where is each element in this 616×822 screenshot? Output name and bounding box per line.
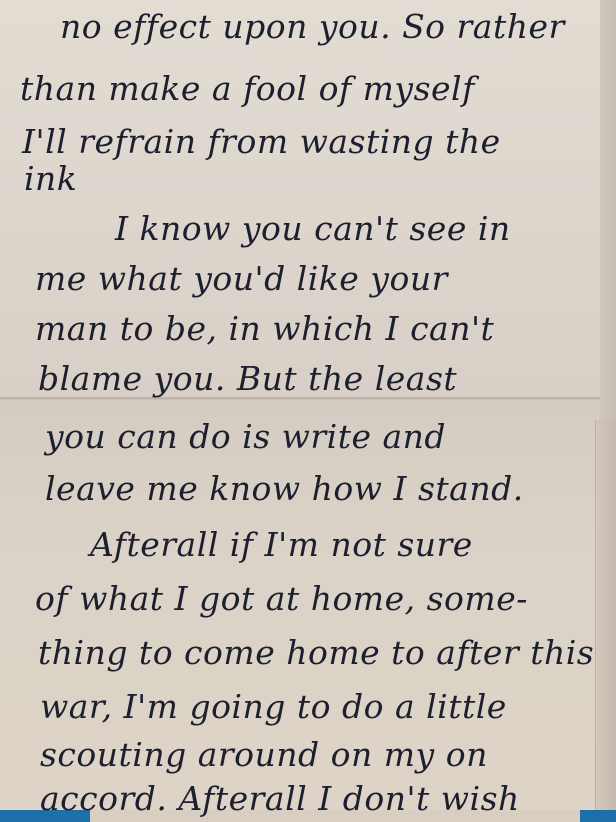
- handwritten-line-6: me what you'd like your: [35, 262, 448, 295]
- handwritten-line-5: I know you can't see in: [115, 212, 511, 245]
- handwritten-line-15: scouting around on my on: [40, 738, 488, 771]
- letter-photo: no effect upon you. So rather than make …: [0, 0, 616, 822]
- handwritten-line-8: blame you. But the least: [38, 362, 457, 395]
- handwritten-line-3: I'll refrain from wasting the: [22, 125, 501, 158]
- handwritten-line-10: leave me know how I stand.: [45, 472, 524, 505]
- handwritten-line-7: man to be, in which I can't: [35, 312, 494, 345]
- handwritten-line-11: Afterall if I'm not sure: [90, 528, 473, 561]
- handwritten-line-14: war, I'm going to do a little: [40, 690, 507, 723]
- handwritten-line-1: no effect upon you. So rather: [60, 10, 565, 43]
- handwritten-line-2: than make a fool of myself: [20, 72, 475, 105]
- handwritten-line-9: you can do is write and: [45, 420, 446, 453]
- handwritten-line-4: ink: [24, 162, 77, 195]
- handwritten-line-12: of what I got at home, some-: [35, 582, 528, 615]
- handwritten-line-13: thing to come home to after this: [38, 636, 594, 669]
- paper-right-edge-lower: [595, 420, 616, 810]
- handwritten-line-16: accord. Afterall I don't wish: [40, 782, 520, 815]
